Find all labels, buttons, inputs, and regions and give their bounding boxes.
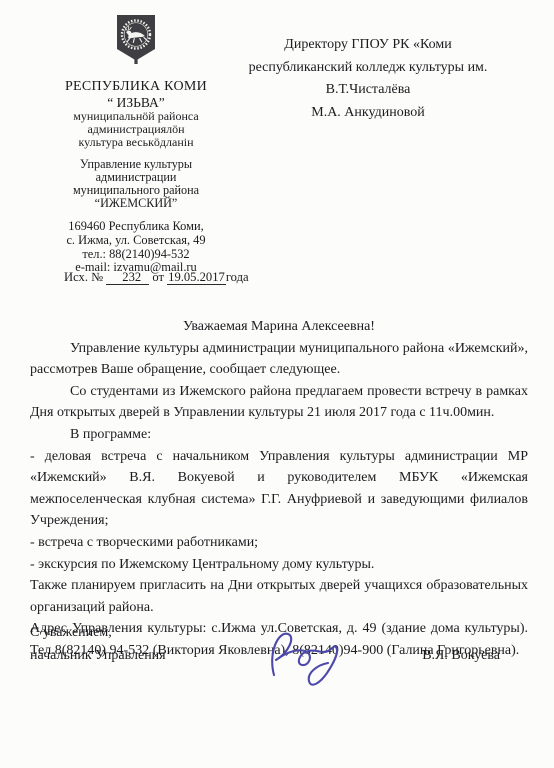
outgoing-reference-line: Исх. № 232 от 19.05.2017года <box>64 270 249 285</box>
ref-ot: от <box>152 270 164 284</box>
letterhead-left-column: РЕСПУБЛИКА КОМИ “ ИЗЬВА” муниципальнöй р… <box>26 14 246 275</box>
address-postal-code: 169460 Республика Коми, <box>26 220 246 234</box>
ref-number: 232 <box>106 270 149 285</box>
org-komi-line-culture: культура веськöдланін <box>26 136 246 149</box>
letter-body: Уважаемая Марина Алексеевна! Управление … <box>30 316 528 662</box>
salutation: Уважаемая Марина Алексеевна! <box>30 316 528 338</box>
signature-row: начальник Управления В.Я. Вокуева <box>30 645 500 667</box>
program-item-creative-workers: - встреча с творческими работниками; <box>30 532 528 554</box>
program-item-excursion: - экскурсия по Ижемскому Центральному до… <box>30 554 528 576</box>
addressee-person: М.А. Анкудиновой <box>248 102 488 125</box>
ref-suffix: года <box>226 270 249 284</box>
paragraph-program-heading: В программе: <box>30 424 528 446</box>
org-name-komi-republic: РЕСПУБЛИКА КОМИ <box>26 79 246 95</box>
closing-phrase: С уважением, <box>30 622 500 644</box>
address-phone: тел.: 88(2140)94-532 <box>26 248 246 262</box>
org-name-izva: “ ИЗЬВА” <box>26 95 246 110</box>
paragraph-also-invite: Также планируем пригласить на Дни открыт… <box>30 575 528 618</box>
addressee-block: Директору ГПОУ РК «Коми республиканский … <box>248 34 488 124</box>
coat-of-arms-icon <box>26 14 246 75</box>
letter-page: РЕСПУБЛИКА КОМИ “ ИЗЬВА” муниципальнöй р… <box>0 0 554 768</box>
org-address-block: 169460 Республика Коми, с. Ижма, ул. Сов… <box>26 220 246 275</box>
coat-of-arms-svg <box>114 14 158 70</box>
signer-position: начальник Управления <box>30 648 166 663</box>
ref-date: 19.05.2017 <box>167 270 226 285</box>
paragraph-intro: Управление культуры администрации муници… <box>30 338 528 381</box>
address-street: с. Ижма, ул. Советская, 49 <box>26 234 246 248</box>
signature-block: С уважением, начальник Управления В.Я. В… <box>30 622 500 667</box>
org-name-russian-block: Управление культуры администрации муници… <box>26 158 246 210</box>
paragraph-meeting-proposal: Со студентами из Ижемского района предла… <box>30 381 528 424</box>
addressee-college: республиканский колледж культуры им. <box>248 57 488 80</box>
org-ru-line-izhemsky: “ИЖЕМСКИЙ” <box>26 197 246 210</box>
addressee-college-name: В.Т.Чисталёва <box>248 79 488 102</box>
ref-prefix: Исх. № <box>64 270 103 284</box>
program-item-business-meeting: - деловая встреча с начальником Управлен… <box>30 446 528 532</box>
addressee-title: Директору ГПОУ РК «Коми <box>248 34 488 57</box>
signer-name: В.Я. Вокуева <box>422 645 500 667</box>
